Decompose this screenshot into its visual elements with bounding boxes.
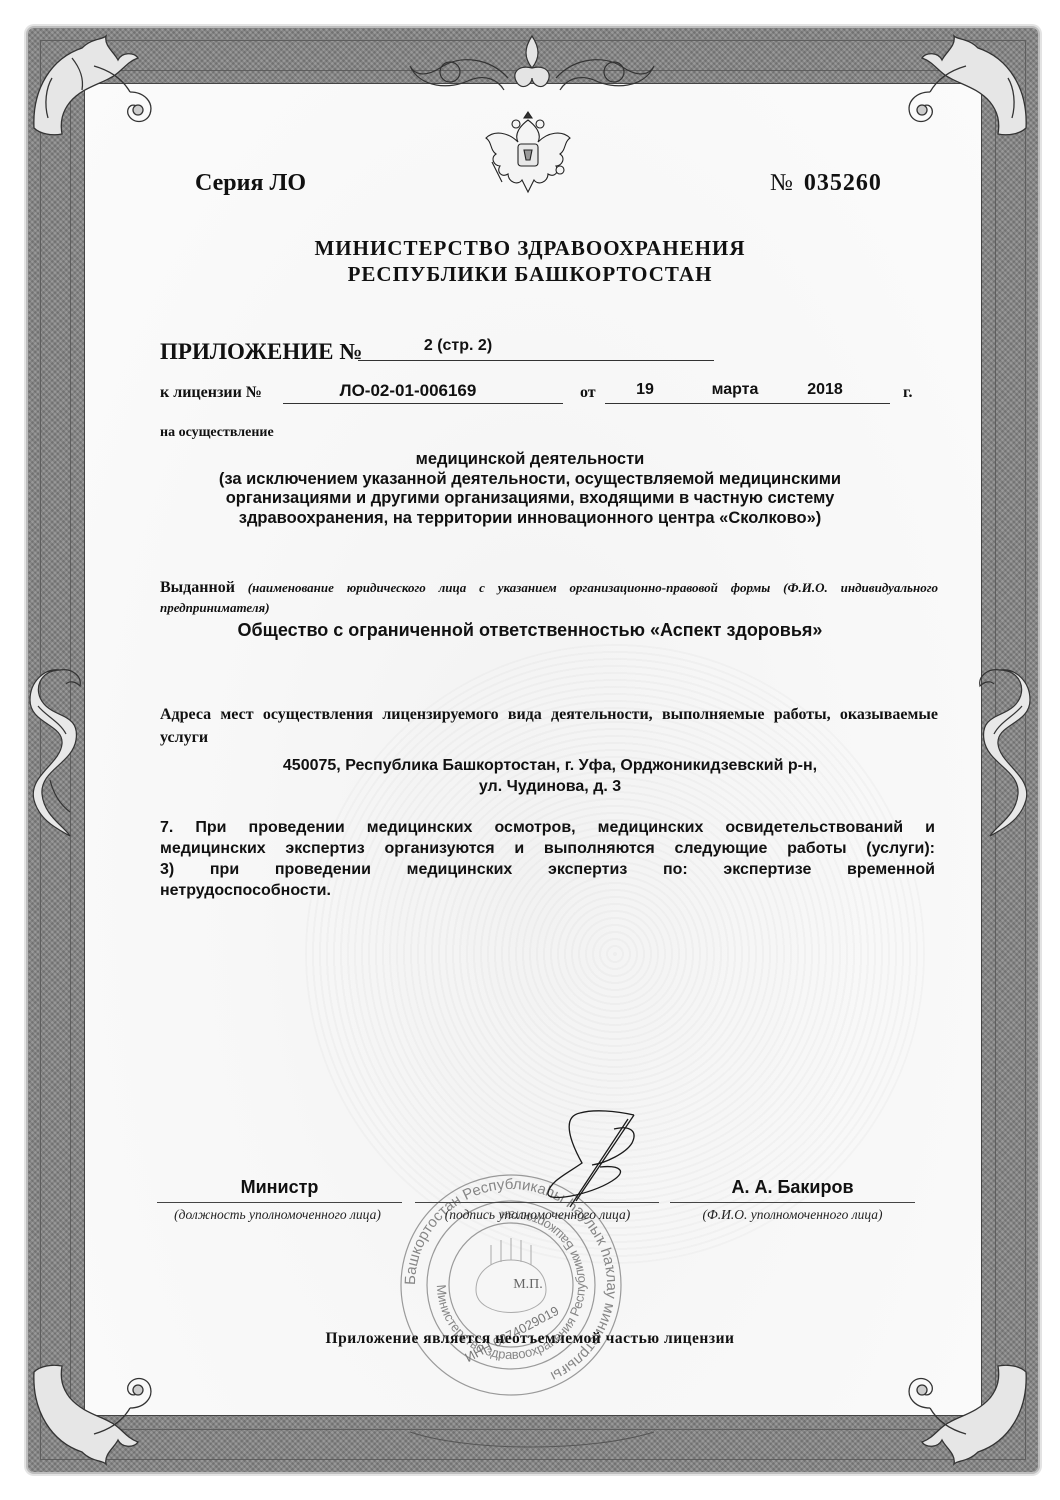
license-day-value: 19 bbox=[620, 381, 670, 399]
top-center-ornament-icon bbox=[390, 28, 675, 98]
appendix-field-line bbox=[358, 360, 714, 361]
issued-to-label: Выданной bbox=[160, 579, 235, 596]
date-from-label: от bbox=[580, 384, 596, 402]
position-caption: (должность уполномоченного лица) bbox=[150, 1207, 405, 1223]
footer-note: Приложение является неотъемлемой частью … bbox=[0, 1330, 1060, 1348]
address-line1: 450075, Республика Башкортостан, г. Уфа,… bbox=[0, 755, 1060, 776]
activity-exception-line: здравоохранения, на территории инновацио… bbox=[0, 509, 1060, 529]
appendix-number-value: 2 (стр. 2) bbox=[358, 337, 558, 355]
handwritten-signature-icon bbox=[520, 1105, 660, 1215]
address-value: 450075, Республика Башкортостан, г. Уфа,… bbox=[0, 755, 1060, 797]
activity-exception-line: организациями и другими организациями, в… bbox=[0, 489, 1060, 509]
address-label: Адреса мест осуществления лицензируемого… bbox=[160, 703, 938, 749]
name-line bbox=[670, 1202, 915, 1203]
coat-of-arms-icon bbox=[478, 108, 578, 200]
services-line: медицинских экспертиз организуются и вып… bbox=[160, 838, 935, 859]
services-item-7: 7. При проведении медицинских осмотров, … bbox=[160, 817, 935, 901]
side-scroll-ornament-icon bbox=[20, 660, 90, 840]
date-field-line bbox=[605, 403, 890, 404]
name-caption: (Ф.И.О. уполномоченного лица) bbox=[665, 1207, 920, 1223]
organization-name: Общество с ограниченной ответственностью… bbox=[0, 620, 1060, 641]
signatory-name: А. А. Бакиров bbox=[670, 1177, 915, 1198]
number-value: 035260 bbox=[804, 170, 882, 196]
activity-label: на осуществление bbox=[160, 425, 274, 441]
license-month-value: марта bbox=[700, 381, 770, 399]
side-scroll-ornament-icon bbox=[970, 660, 1040, 840]
document-number: №035260 bbox=[770, 170, 882, 197]
position-line bbox=[157, 1202, 402, 1203]
ministry-title-line1: МИНИСТЕРСТВО ЗДРАВООХРАНЕНИЯ bbox=[0, 236, 1060, 261]
ministry-title-line2: РЕСПУБЛИКИ БАШКОРТОСТАН bbox=[0, 262, 1060, 287]
corner-ornament-icon bbox=[22, 18, 162, 148]
corner-ornament-icon bbox=[898, 1352, 1038, 1482]
corner-ornament-icon bbox=[898, 18, 1038, 148]
series-label: Серия ЛО bbox=[195, 170, 306, 197]
services-line: 7. При проведении медицинских осмотров, … bbox=[160, 817, 935, 838]
address-line2: ул. Чудинова, д. 3 bbox=[0, 776, 1060, 797]
license-number-value: ЛО-02-01-006169 bbox=[283, 381, 533, 401]
activity-exception-line: (за исключением указанной деятельности, … bbox=[0, 470, 1060, 490]
appendix-label: ПРИЛОЖЕНИЕ № bbox=[160, 339, 362, 365]
year-suffix-label: г. bbox=[903, 384, 912, 402]
services-line: нетрудоспособности. bbox=[160, 880, 935, 901]
services-line: 3) при проведении медицинских экспертиз … bbox=[160, 859, 935, 880]
corner-ornament-icon bbox=[22, 1352, 162, 1482]
license-label: к лицензии № bbox=[160, 384, 262, 402]
signatory-position: Министр bbox=[157, 1177, 402, 1198]
number-symbol: № bbox=[770, 170, 794, 196]
activity-title: медицинской деятельности bbox=[0, 450, 1060, 470]
activity-description: медицинской деятельности (за исключением… bbox=[0, 450, 1060, 528]
bottom-center-ornament-icon bbox=[390, 1402, 675, 1472]
stamp-mp: М.П. bbox=[513, 1277, 543, 1292]
issued-to-block: Выданной (наименование юридического лица… bbox=[160, 578, 938, 618]
license-field-line bbox=[283, 403, 563, 404]
license-year-value: 2018 bbox=[795, 381, 855, 399]
issued-to-hint: (наименование юридического лица с указан… bbox=[160, 580, 938, 615]
